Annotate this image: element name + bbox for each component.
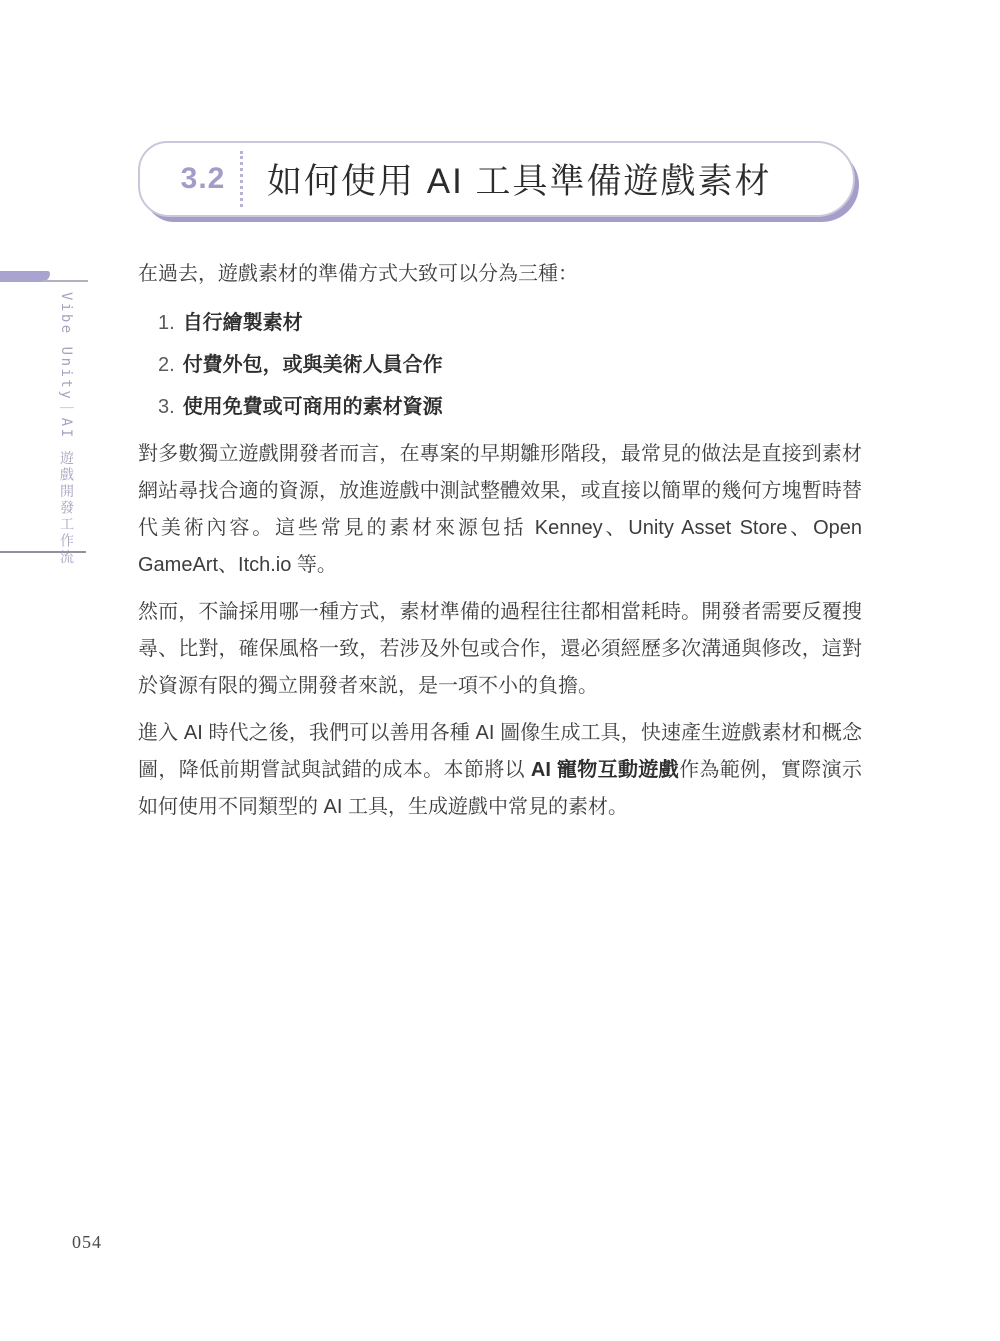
methods-list: 1.自行繪製素材 2.付費外包，或與美術人員合作 3.使用免費或可商用的素材資源 (158, 302, 862, 428)
list-item: 3.使用免費或可商用的素材資源 (158, 386, 862, 428)
paragraph-ai-era: 進入 AI 時代之後，我們可以善用各種 AI 圖像生成工具，快速產生遊戲素材和概… (138, 715, 862, 826)
section-header: 3.2 如何使用 AI 工具準備遊戲素材 (138, 141, 855, 217)
intro-paragraph: 在過去，遊戲素材的準備方式大致可以分為三種： (138, 256, 862, 293)
list-item: 1.自行繪製素材 (158, 302, 862, 344)
list-item-label: 自行繪製素材 (183, 312, 303, 334)
inline-bold-example: AI 寵物互動遊戲 (531, 759, 679, 781)
sidebar-vertical-label: Vibe Unity｜AI 遊戲開發工作流 (56, 292, 76, 560)
section-number: 3.2 (140, 162, 240, 196)
paragraph-time-cost: 然而，不論採用哪一種方式，素材準備的過程往往都相當耗時。開發者需要反覆搜尋、比對… (138, 594, 862, 705)
list-item-number: 1. (158, 312, 175, 334)
paragraph-asset-sources: 對多數獨立遊戲開發者而言，在專案的早期雛形階段，最常見的做法是直接到素材網站尋找… (138, 436, 862, 584)
list-item-label: 使用免費或可商用的素材資源 (183, 396, 443, 418)
page-number: 054 (72, 1232, 102, 1253)
list-item: 2.付費外包，或與美術人員合作 (158, 344, 862, 386)
list-item-number: 3. (158, 396, 175, 418)
list-item-number: 2. (158, 354, 175, 376)
sidebar-rule-bottom (0, 551, 86, 553)
body-content: 在過去，遊戲素材的準備方式大致可以分為三種： 1.自行繪製素材 2.付費外包，或… (138, 256, 862, 826)
sidebar-tab (0, 271, 50, 282)
sidebar-rule-top (44, 280, 88, 282)
list-item-label: 付費外包，或與美術人員合作 (183, 354, 443, 376)
section-title: 如何使用 AI 工具準備遊戲素材 (243, 154, 772, 204)
book-page: 3.2 如何使用 AI 工具準備遊戲素材 Vibe Unity｜AI 遊戲開發工… (0, 0, 1000, 1341)
